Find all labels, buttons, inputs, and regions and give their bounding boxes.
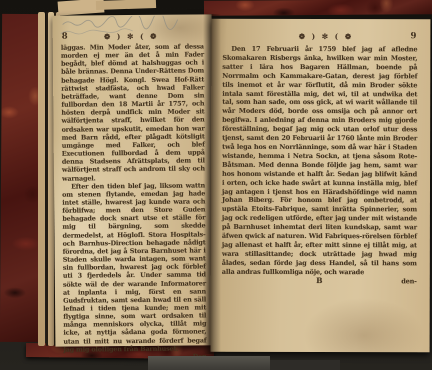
paragraph: läggas. Min Moder åter, som af dessa mor… — [61, 42, 205, 182]
signature-mark: B — [280, 276, 358, 285]
left-page-text-block: läggas. Min Moder åter, som af dessa mor… — [61, 42, 207, 342]
table-surface — [270, 360, 340, 370]
right-page-number: 9 — [410, 31, 416, 41]
gutter-shadow — [203, 14, 221, 354]
marbled-cover-top-edge — [204, 0, 432, 16]
right-page-text-block: Den 17 Februarii år 1759 blef jag af afl… — [222, 45, 418, 349]
left-page: 8 ❁ ) ✼ ( ❁ läggas. Min Moder åter, som … — [53, 14, 215, 346]
paragraph: Den 17 Februarii år 1759 blef jag af afl… — [222, 45, 418, 277]
right-page-header: ❁ ) ✼ ( ❁ 9 — [211, 31, 430, 42]
table-surface — [148, 356, 270, 370]
catchword: den- — [358, 277, 417, 286]
paragraph: Efter den tiden blef jag, liksom wattn o… — [62, 181, 206, 354]
left-page-header: 8 ❁ ) ✼ ( ❁ — [53, 30, 212, 41]
page-corner-edge — [96, 0, 156, 10]
book-photograph: 8 ❁ ) ✼ ( ❁ läggas. Min Moder åter, som … — [0, 0, 432, 370]
right-page: ❁ ) ✼ ( ❁ 9 Den 17 Februarii år 1759 ble… — [211, 19, 431, 353]
header-ornament-row: ❁ ) ✼ ( ❁ — [241, 31, 410, 40]
header-ornament-row: ❁ ) ✼ ( ❁ — [68, 31, 195, 41]
